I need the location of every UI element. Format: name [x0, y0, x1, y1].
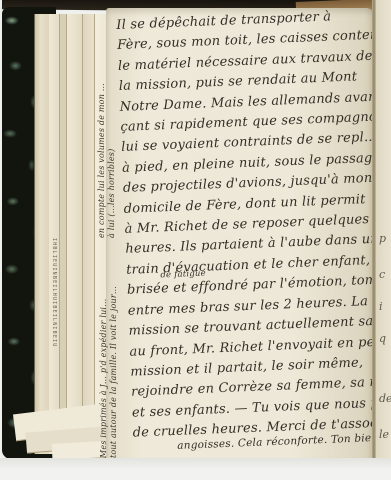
- facing-page-glyph: le: [379, 428, 389, 441]
- manuscript-photo: IHBLIEUINBEILHUIBEILNIBEIU Il se dépêcha…: [0, 0, 391, 480]
- margin-note-bottom: Mes imprimés à J… p'd expédier lui… tout…: [99, 248, 118, 458]
- facing-page-glyph: de: [379, 392, 391, 405]
- page-edge-stack: [83, 14, 95, 454]
- facing-page-glyph: p: [379, 232, 386, 245]
- page-edge-stack: [67, 14, 83, 454]
- interline-insertion: de fatigue: [160, 270, 206, 280]
- margin-note-top: en compte lui les volumes de mon … à lui…: [97, 33, 116, 238]
- margin-note-line: à lui (…les horribles): [107, 33, 117, 238]
- printed-edge-text: IHBLIEUINBEILHUIBEILNIBEIU: [49, 238, 57, 433]
- facing-page-glyph: i: [379, 300, 383, 313]
- manuscript-page: Il se dépêchait de transporter àFère, so…: [106, 8, 374, 466]
- facing-page-glyph: c: [379, 268, 385, 281]
- margin-note-line: Mes imprimés à J… p'd expédier lui…: [99, 248, 109, 458]
- page-edge-stack: [34, 14, 50, 454]
- page-edge-stack: [60, 14, 67, 454]
- facing-page-sliver: pciqdele: [376, 0, 391, 472]
- facing-page-glyph: q: [379, 332, 386, 345]
- photo-backdrop-bottom: [0, 458, 391, 480]
- text-block: Il se dépêchait de transporter àFère, so…: [116, 8, 374, 453]
- margin-note-line: tout autour de la famille. Il voit le jo…: [109, 248, 119, 458]
- margin-note-line: en compte lui les volumes de mon …: [97, 33, 107, 238]
